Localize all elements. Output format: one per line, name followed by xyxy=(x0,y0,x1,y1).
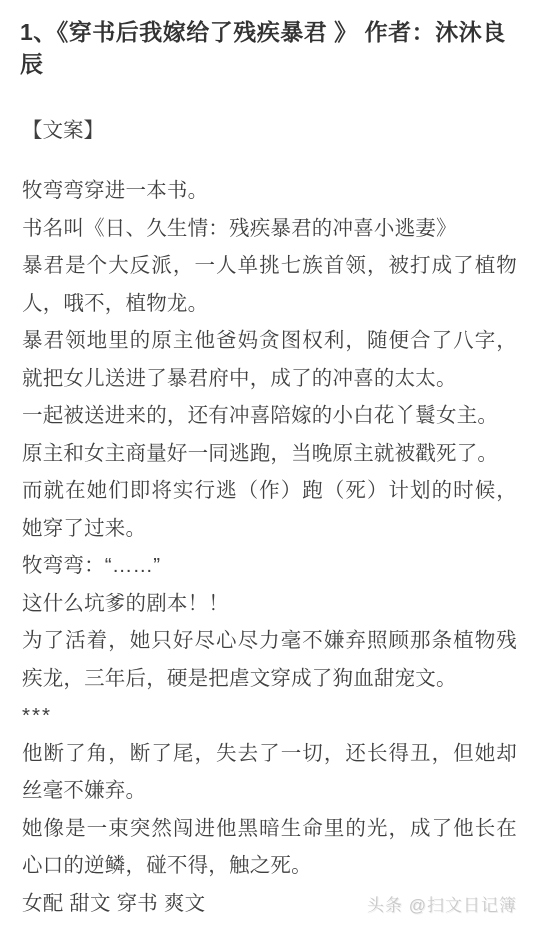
synopsis-paragraph: 她像是一束突然闯进他黑暗生命里的光，成了他长在心口的逆鳞，碰不得，触之死。 xyxy=(22,810,517,885)
section-label: 【文案】 xyxy=(22,116,517,146)
synopsis-paragraph: 而就在她们即将实行逃（作）跑（死）计划的时候，她穿了过来。 xyxy=(22,472,517,547)
watermark: 头条 @扫文日记簿 xyxy=(367,891,517,916)
synopsis-paragraph: 为了活着，她只好尽心尽力毫不嫌弃照顾那条植物残疾龙，三年后，硬是把虐文穿成了狗血… xyxy=(22,622,517,697)
synopsis-paragraph: 书名叫《日、久生情：残疾暴君的冲喜小逃妻》 xyxy=(22,210,517,248)
synopsis-paragraph: 一起被送进来的，还有冲喜陪嫁的小白花丫鬟女主。 xyxy=(22,397,517,435)
synopsis-paragraph: 这什么坑爹的剧本！！ xyxy=(22,585,517,623)
separator-line: *** xyxy=(22,697,517,735)
synopsis-paragraph: 他断了角，断了尾，失去了一切，还长得丑，但她却丝毫不嫌弃。 xyxy=(22,735,517,810)
synopsis-paragraph: 牧弯弯穿进一本书。 xyxy=(22,172,517,210)
book-title: 1、《穿书后我嫁给了残疾暴君 》 作者：沐沐良辰 xyxy=(20,0,519,80)
synopsis-paragraph: 原主和女主商量好一同逃跑，当晚原主就被戳死了。 xyxy=(22,435,517,473)
synopsis: 牧弯弯穿进一本书。 书名叫《日、久生情：残疾暴君的冲喜小逃妻》 暴君是个大反派，… xyxy=(22,172,517,922)
synopsis-paragraph: 暴君是个大反派，一人单挑七族首领，被打成了植物人，哦不，植物龙。 xyxy=(22,247,517,322)
synopsis-paragraph: 牧弯弯：“……” xyxy=(22,547,517,585)
synopsis-paragraph: 暴君领地里的原主他爸妈贪图权利，随便合了八字，就把女儿送进了暴君府中，成了的冲喜… xyxy=(22,322,517,397)
document-page: 1、《穿书后我嫁给了残疾暴君 》 作者：沐沐良辰 【文案】 牧弯弯穿进一本书。 … xyxy=(0,0,539,926)
